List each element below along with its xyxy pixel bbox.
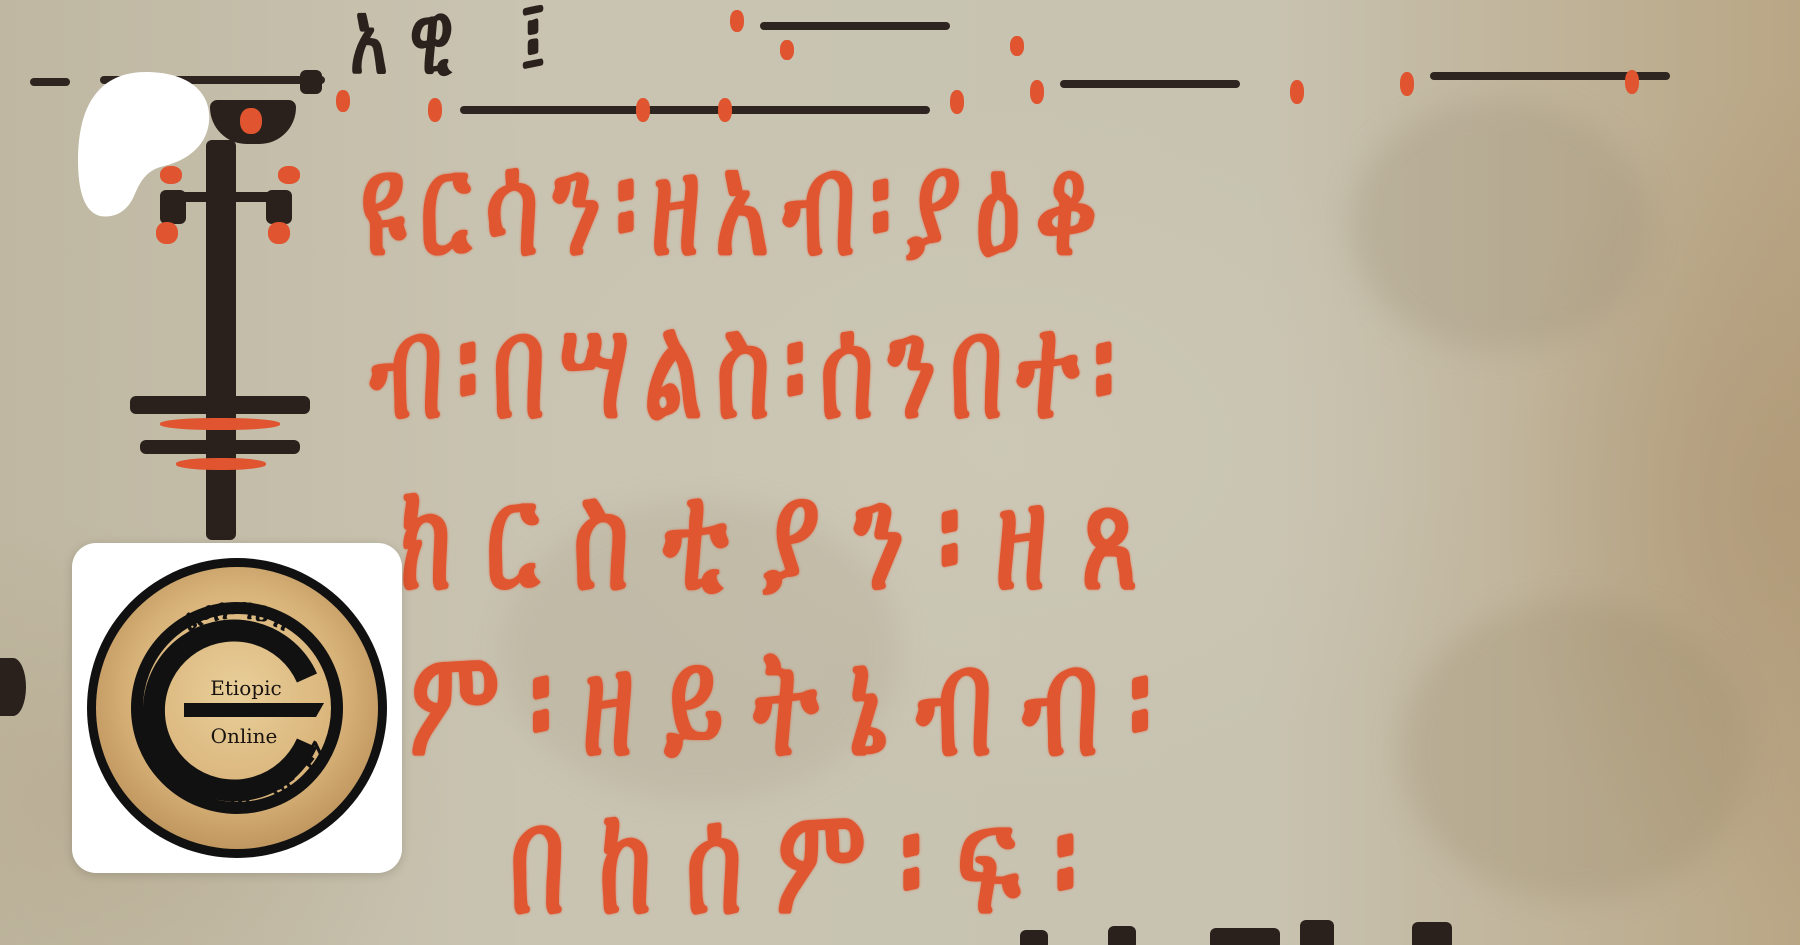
parchment-stain [1350,100,1650,350]
pillar-ornament-red [176,458,266,470]
ornament-red-dot [336,90,350,112]
manuscript-line-5: በከሰም፡ፍ፡ [510,772,1111,945]
manuscript-black-heading: አዊ ፤ [350,0,568,98]
manuscript-line-2: ብ፡በሣልስ፡ሰንበተ፡ [370,283,1129,454]
left-edge-ink-blot [0,658,26,716]
ornament-dot [300,70,322,94]
ornament-red-dot [730,10,744,32]
ornament-red-dot [636,98,650,122]
ornament-red-dot [1030,80,1044,104]
bottom-ink-stroke [1300,920,1334,945]
pillar-ornament-base [140,440,300,454]
brand-line-1: Etiopic [210,676,281,700]
pillar-ornament-red [160,418,280,430]
bottom-ink-stroke [1108,926,1136,945]
ornament-rule [30,78,70,86]
ornament-rule [1060,80,1240,88]
pillar-ornament-red [156,222,178,244]
ornament-red-dot [428,98,442,122]
ornament-red-dot [780,40,794,60]
ornament-red-dot [1400,72,1414,96]
brand-line-2: Online [211,724,278,748]
pillar-ornament-arm-end [266,190,292,224]
ornament-red-dot [1625,70,1639,94]
parchment-stain [1400,600,1750,900]
bottom-ink-stroke [1412,922,1452,945]
creator-avatar[interactable]: Etiopic Online ልሳነ፡ግዕዝ CLASES DE GE'EZ [72,543,402,873]
manuscript-line-1: ዩርሳን፡ዘአብ፡ያዕቆ [360,120,1112,291]
manuscript-line-4: ም፡ዘይትኔብብ፡ [410,614,1181,792]
pillar-ornament-red [268,222,290,244]
bottom-ink-stroke [1210,928,1280,945]
ornament-red-dot [950,90,964,114]
ornament-rule [460,106,930,114]
pillar-ornament-red [240,108,262,134]
patreon-logo-icon[interactable] [76,70,212,218]
pillar-ornament-red [278,166,300,184]
ornament-red-dot [1010,36,1024,56]
pillar-ornament-base [130,396,310,414]
manuscript-line-3: ክርስቲያን፡ዘጸ [400,448,1172,626]
ornament-rule [760,22,950,30]
ornament-red-dot [1290,80,1304,104]
etiopic-online-logo-icon: Etiopic Online ልሳነ፡ግዕዝ CLASES DE GE'EZ [72,543,402,873]
ornament-red-dot [718,98,732,122]
bottom-ink-stroke [1020,930,1048,945]
